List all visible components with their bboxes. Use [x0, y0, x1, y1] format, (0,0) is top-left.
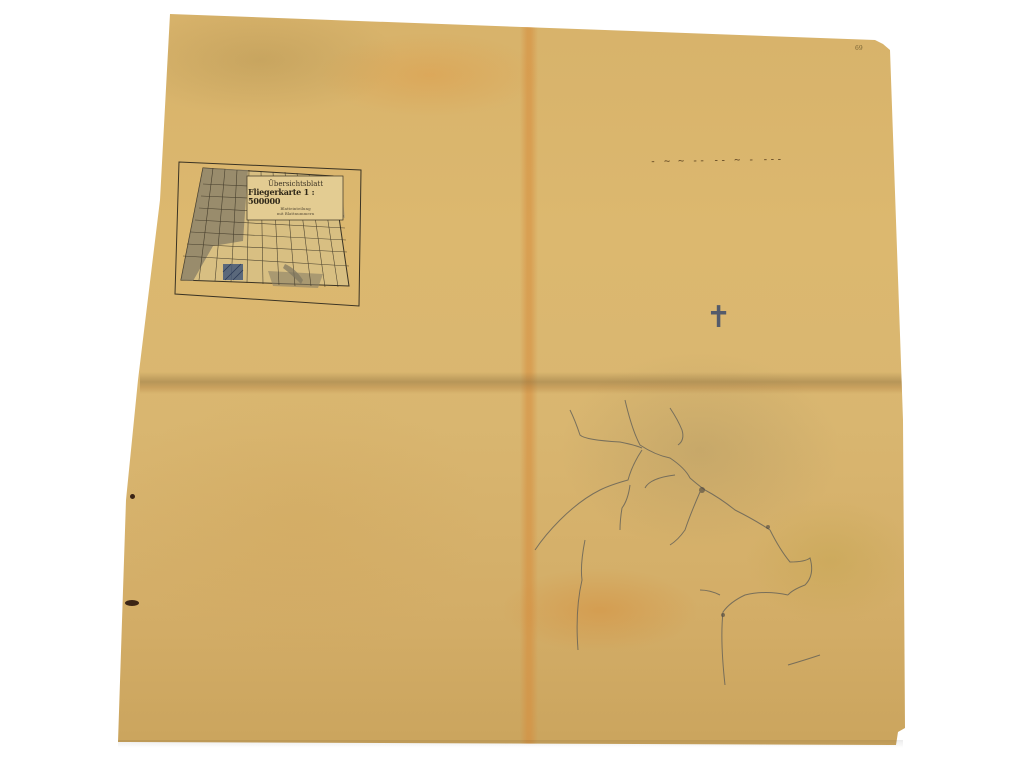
inset-subtitle-line2: mit Blattnummern — [277, 211, 314, 216]
sheet-shadow — [118, 740, 903, 748]
map-sheet-paper: Übersichtsblatt Fliegerkarte 1 : 500000 … — [0, 0, 1024, 768]
ink-blot — [125, 600, 139, 606]
town-marker — [699, 487, 705, 493]
map-photo: Übersichtsblatt Fliegerkarte 1 : 500000 … — [0, 0, 1024, 768]
corner-code: 69 — [855, 45, 863, 52]
river-network — [520, 390, 880, 690]
ink-blot — [130, 494, 135, 499]
blue-pencil-mark: ✝ — [706, 300, 731, 335]
inset-title-block: Übersichtsblatt Fliegerkarte 1 : 500000 … — [248, 180, 343, 220]
handwritten-annotation: - ~ ~ -- -- ~ - --- — [650, 154, 820, 171]
inset-title-line2: Fliegerkarte 1 : 500000 — [248, 188, 343, 206]
